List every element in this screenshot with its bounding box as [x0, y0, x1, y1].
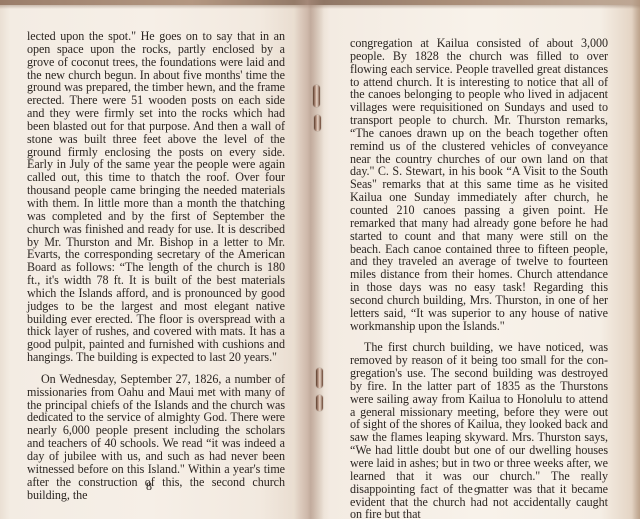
paragraph: On Wednesday, September 27, 1826, a numb…	[27, 373, 285, 501]
page-number: 9	[474, 484, 480, 499]
right-page: congregation at Kailua consisted of abou…	[320, 0, 640, 519]
left-page: lected upon the spot." He goes on to say…	[0, 0, 300, 519]
right-page-body: congregation at Kailua consisted of abou…	[350, 37, 608, 519]
page-number: 8	[146, 479, 152, 494]
left-page-body: lected upon the spot." He goes on to say…	[27, 30, 285, 501]
binding-staple-top	[313, 85, 320, 107]
book-spread: lected upon the spot." He goes on to say…	[0, 0, 640, 519]
paragraph: lected upon the spot." He goes on to say…	[27, 30, 285, 364]
paragraph: congregation at Kailua consisted of abou…	[350, 37, 608, 332]
